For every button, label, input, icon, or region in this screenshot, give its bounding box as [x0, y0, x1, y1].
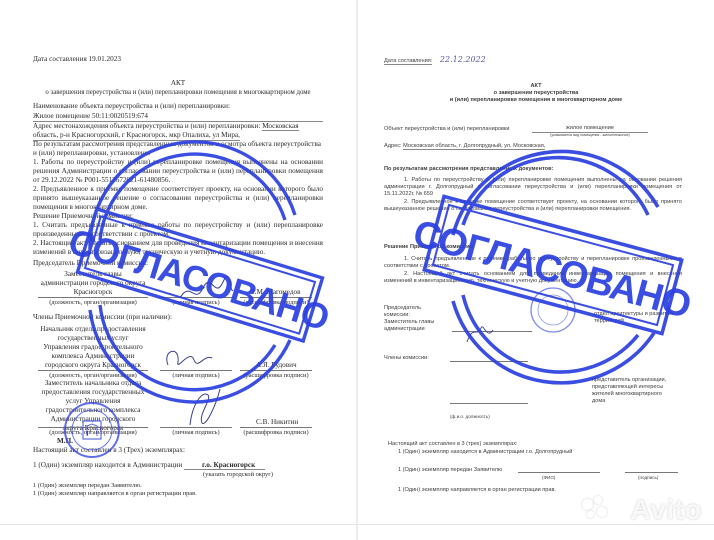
label-line: дома — [592, 398, 680, 405]
right-address: Адрес: Московская область, г. Долгопрудн… — [384, 143, 545, 150]
left-signatory-3-position: Заместитель начальника отдела предоставл… — [38, 379, 148, 433]
left-act-document: Дата составления 19.01.2023 АКТ о заверш… — [0, 0, 356, 540]
right-members-label: Члены комиссии: — [384, 355, 429, 362]
signature-line — [450, 361, 528, 362]
right-finding-2: 2. Предъявленное к приемке помещение соо… — [384, 199, 682, 213]
signature-scribble-icon — [180, 385, 225, 430]
position-line: градостроительного комплекса — [38, 406, 148, 415]
left-chairman-heading: Председатель Приемочной комиссии: — [33, 259, 148, 268]
left-signatory-2-position: Начальник отдела предоставления государс… — [38, 325, 148, 370]
right-chairman-label: Председатель комиссии: Заместитель главы… — [384, 305, 434, 333]
right-act-subtitle-2: и (или) перепланировки помещения в много… — [358, 97, 714, 104]
label-line: представитель организации, — [592, 377, 680, 384]
position-line: комплекса Администрации — [38, 352, 148, 361]
position-line: Управления градостроительного — [38, 343, 148, 352]
right-act-title: АКТ — [358, 83, 714, 90]
signature-line — [625, 472, 678, 473]
right-fio-caption: (ф.и.о. должность) — [450, 413, 490, 420]
right-representative: представитель организации, представляюще… — [592, 377, 680, 405]
right-object-label: Объект переустройства и (или) перепланир… — [384, 126, 510, 133]
right-act-document: Дата составления: 22.12.2022 АКТ о завер… — [358, 0, 714, 540]
left-act-subtitle: о завершения переустройства и (или) пере… — [0, 88, 356, 97]
right-chairman-dept: отдел архитектуры и развития территорий — [594, 311, 673, 325]
left-copy-3: 1 (Один) экземпляр направляется в орган … — [33, 489, 197, 498]
label-line: администрации — [384, 326, 434, 333]
right-decision-1: 1. Считать предъявленные к приемке работ… — [384, 256, 682, 270]
left-copy-1: 1 (Один) экземпляр находится в Администр… — [33, 461, 265, 470]
avito-logo-icon — [582, 496, 608, 520]
position-line: администрации городского округа — [38, 279, 148, 288]
right-copy-1: 1 (Один) экземпляр находится в Администр… — [398, 449, 572, 456]
left-decision-1: 1. Считать предъявленные к приёмке работ… — [33, 221, 323, 239]
position-line: услуг Управления — [38, 397, 148, 406]
right-findings-heading: По результатам рассмотрения представленн… — [384, 166, 553, 173]
caption-name: (расшифровка подписи) — [240, 371, 312, 380]
caption-position: (должность, орган/организация) — [38, 298, 148, 307]
label-line: отдел архитектуры и развития — [594, 311, 673, 318]
left-act-title: АКТ — [0, 79, 356, 88]
right-object-caption: (указывается вид помещения - жилое/нежил… — [532, 133, 648, 137]
caption-position: (должность, орган/организация) — [38, 428, 148, 437]
left-copy-1-prefix: 1 (Один) экземпляр находится в Администр… — [33, 461, 182, 469]
label-line: Председатель — [384, 305, 434, 312]
left-object-value: Жилое помещение 50:11:0020519:674 — [33, 112, 323, 122]
left-finding-2: 2. Предъявленное к приёмке помещение соо… — [33, 185, 323, 212]
left-date-line: Дата составления 19.01.2023 — [33, 55, 121, 64]
right-decision-heading: Решение Приемочной комиссии: — [384, 244, 475, 251]
right-date-value: 22.12.2022 — [440, 55, 486, 64]
position-line: Администрации городского — [38, 415, 148, 424]
label-line: представляющей интересы — [592, 384, 680, 391]
right-date-label: Дата составления: — [384, 58, 432, 65]
left-decision-2: 2. Настоящий акт считать основанием для … — [33, 239, 323, 257]
position-line: предоставления государственных — [38, 388, 148, 397]
left-address-label: Адрес местонахождения объекта переустрой… — [33, 122, 299, 131]
left-copy-1-caption: (указать городской округ) — [203, 470, 273, 479]
position-line: городского округа Красногорск — [38, 361, 148, 370]
label-line: жителей многоквартирного — [592, 391, 680, 398]
right-fio-caption-2: (ФИО) — [542, 474, 555, 481]
position-line: Красногорск — [38, 288, 148, 297]
right-copies-intro: Настоящий акт составлен в 3 (трех) экзем… — [388, 441, 518, 448]
caption-signature: (личная подпись) — [160, 371, 232, 380]
left-object-label: Наименование объекта переустройства и (и… — [33, 102, 230, 111]
right-decision-2: 2. Настоящий акт считать основанием для … — [384, 271, 682, 285]
right-copy-3: 1 (Один) экземпляр направляется в орган … — [398, 487, 556, 494]
right-date-line: Дата составления: 22.12.2022 — [384, 56, 486, 65]
left-signatory-3-name: С.В. Никитин — [256, 418, 298, 427]
left-findings-intro-1: По результатам рассмотрения представленн… — [33, 140, 321, 149]
right-address-label: Адрес: — [384, 143, 402, 149]
left-findings-intro-2: и (или) перепланировки, установлено: — [33, 149, 150, 158]
avito-watermark: Avito — [631, 494, 702, 526]
left-members-heading: Члены Приемочной комиссии (при наличии): — [33, 313, 172, 322]
caption-signature: (личная подпись) — [160, 298, 232, 307]
right-copy-2: 1 (Один) экземпляр передан Заявителю — [398, 467, 502, 474]
left-copy-1-value: г.о. Красногорск — [184, 461, 265, 470]
position-line: Заместитель главы — [38, 270, 148, 279]
page-bottom-edge — [0, 524, 356, 525]
right-object-value: жилое помещение — [532, 125, 648, 133]
left-signatory-1-name: Т.М. Магомедов — [251, 288, 301, 297]
left-signatory-2-name: А.Я. Рудович — [256, 361, 297, 370]
position-line: государственных услуг — [38, 334, 148, 343]
right-sign-caption: (подпись) — [638, 474, 658, 481]
label-line: комиссии: — [384, 312, 434, 319]
left-finding-1: 1. Работы по переустройству и (или) пере… — [33, 158, 323, 185]
left-decision-heading: Решение Приемочной комиссии: — [33, 212, 133, 221]
signature-line — [452, 331, 532, 332]
position-line: Заместитель начальника отдела — [38, 379, 148, 388]
signature-scribble-icon — [463, 318, 503, 346]
left-signatory-1-position: Заместитель главы администрации городско… — [38, 270, 148, 297]
left-address-value-1: Московская — [262, 122, 298, 131]
left-copies-intro: Настоящий акт составлен в 3 (Трех) экзем… — [33, 446, 185, 455]
signature-line — [518, 472, 600, 473]
left-address-label-text: Адрес местонахождения объекта переустрой… — [33, 122, 260, 130]
label-line: территорий — [594, 318, 673, 325]
right-finding-1: 1. Работы по переустройству и (или) пере… — [384, 177, 682, 198]
position-line: Начальник отдела предоставления — [38, 325, 148, 334]
left-seal-label: М.П. — [57, 437, 73, 446]
right-act-subtitle-1: о завершении переустройства — [358, 90, 714, 97]
caption-name: (расшифровка подписи) — [240, 298, 312, 307]
label-line: Заместитель главы — [384, 319, 434, 326]
signature-line — [450, 403, 528, 404]
caption-name: (расшифровка подписи) — [240, 428, 312, 437]
right-address-value: Московская область, г. Долгопрудный, ул.… — [403, 143, 545, 150]
caption-signature: (личная подпись) — [160, 428, 232, 437]
round-seal-icon — [528, 285, 578, 335]
